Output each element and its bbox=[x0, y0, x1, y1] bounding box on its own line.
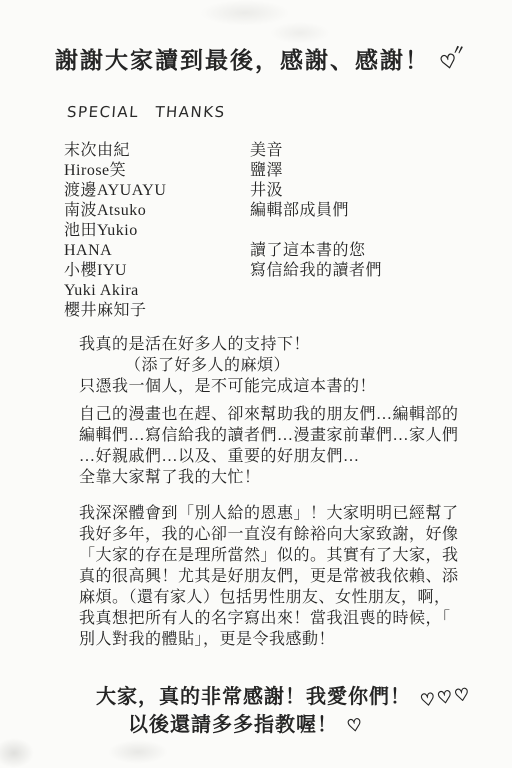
thanks-name: 讀了這本書的您 bbox=[250, 241, 382, 261]
closing-text: 大家，真的非常感謝！我愛你們！ bbox=[96, 686, 411, 708]
thanks-name bbox=[250, 221, 382, 241]
closing-line-2: 以後還請多多指教喔！ ♡ bbox=[128, 708, 364, 737]
thanks-name: Yuki Akira bbox=[64, 281, 166, 301]
paragraph-line: （添了好多人的麻煩） bbox=[79, 355, 376, 376]
closing-text: 以後還請多多指教喔！ bbox=[128, 714, 338, 736]
closing-line-1: 大家，真的非常感謝！我愛你們！ ♡♡♡ bbox=[96, 680, 472, 709]
thanks-name: 南波Atsuko bbox=[64, 201, 166, 221]
paragraph-line: 真的很高興！尤其是好朋友們，更是常被我依賴、添 bbox=[79, 566, 459, 587]
thanks-name: 編輯部成員們 bbox=[250, 201, 382, 221]
thanks-name: 美音 bbox=[250, 141, 382, 161]
heart-icon: ♡ bbox=[346, 715, 366, 737]
scan-smudge bbox=[108, 740, 168, 764]
paragraph-line: 我深深體會到「別人給的恩惠」！大家明明已經幫了 bbox=[79, 503, 459, 524]
paragraph-line: 「大家的存在是理所當然」似的。其實有了大家，我 bbox=[79, 545, 459, 566]
paragraph-line: 我真的是活在好多人的支持下！ bbox=[79, 334, 376, 355]
sparkle-marks: 〃 bbox=[450, 39, 465, 60]
paragraph-line: 全靠大家幫了我的大忙！ bbox=[79, 467, 459, 488]
afterword-paragraph-3: 我深深體會到「別人給的恩惠」！大家明明已經幫了 我好多年，我的心卻一直沒有餘裕向… bbox=[79, 503, 459, 650]
heart-icons: ♡♡♡ bbox=[419, 684, 473, 711]
thanks-name: 鹽澤 bbox=[250, 161, 382, 181]
thanks-names-left-column: 末次由紀 Hirose笑 渡邊AYUAYU 南波Atsuko 池田Yukio H… bbox=[64, 141, 166, 321]
paragraph-line: 麻煩。（還有家人）包括男性朋友、女性朋友，啊， bbox=[79, 587, 459, 608]
thanks-name: 小櫻IYU bbox=[64, 261, 166, 281]
thanks-name: 井汲 bbox=[250, 181, 382, 201]
thanks-name: Hirose笑 bbox=[64, 161, 166, 181]
scan-smudge bbox=[0, 738, 34, 768]
thanks-name: 渡邊AYUAYU bbox=[64, 181, 166, 201]
paragraph-line: 編輯們…寫信給我的讀者們…漫畫家前輩們…家人們 bbox=[79, 425, 459, 446]
thanks-name: 池田Yukio bbox=[64, 221, 166, 241]
scan-smudge bbox=[270, 22, 330, 44]
thanks-name: 末次由紀 bbox=[64, 141, 166, 161]
paragraph-line: 自己的漫畫也在趕、卻來幫助我的朋友們…編輯部的 bbox=[79, 404, 459, 425]
paragraph-line: …好親戚們…以及、重要的好朋友們… bbox=[79, 446, 459, 467]
scan-smudge bbox=[200, 0, 290, 26]
paragraph-line: 只憑我一個人，是不可能完成這本書的！ bbox=[79, 376, 376, 397]
thanks-name: 寫信給我的讀者們 bbox=[250, 261, 382, 281]
paragraph-line: 別人對我的體貼」，更是令我感動！ bbox=[79, 629, 459, 650]
afterword-paragraph-1: 我真的是活在好多人的支持下！ （添了好多人的麻煩） 只憑我一個人，是不可能完成這… bbox=[79, 334, 376, 397]
heart-sparkle-icon: ♡ 〃 bbox=[438, 49, 461, 75]
thanks-names-right-column: 美音 鹽澤 井汲 編輯部成員們 讀了這本書的您 寫信給我的讀者們 bbox=[250, 141, 382, 281]
paragraph-line: 我好多年，我的心卻一直沒有餘裕向大家致謝，好像 bbox=[79, 524, 459, 545]
thanks-name: 櫻井麻知子 bbox=[64, 301, 166, 321]
manga-afterword-page: 謝謝大家讀到最後，感謝、感謝！ ♡ 〃 SPECIAL THANKS 末次由紀 … bbox=[0, 0, 512, 768]
page-title: 謝謝大家讀到最後，感謝、感謝！ ♡ 〃 bbox=[55, 42, 459, 75]
special-thanks-heading: SPECIAL THANKS bbox=[66, 103, 226, 121]
afterword-paragraph-2: 自己的漫畫也在趕、卻來幫助我的朋友們…編輯部的 編輯們…寫信給我的讀者們…漫畫家… bbox=[79, 404, 459, 488]
page-title-text: 謝謝大家讀到最後，感謝、感謝！ bbox=[55, 48, 430, 73]
thanks-name: HANA bbox=[64, 241, 166, 261]
paragraph-line: 我真想把所有人的名字寫出來！當我沮喪的時候，「 bbox=[79, 608, 459, 629]
